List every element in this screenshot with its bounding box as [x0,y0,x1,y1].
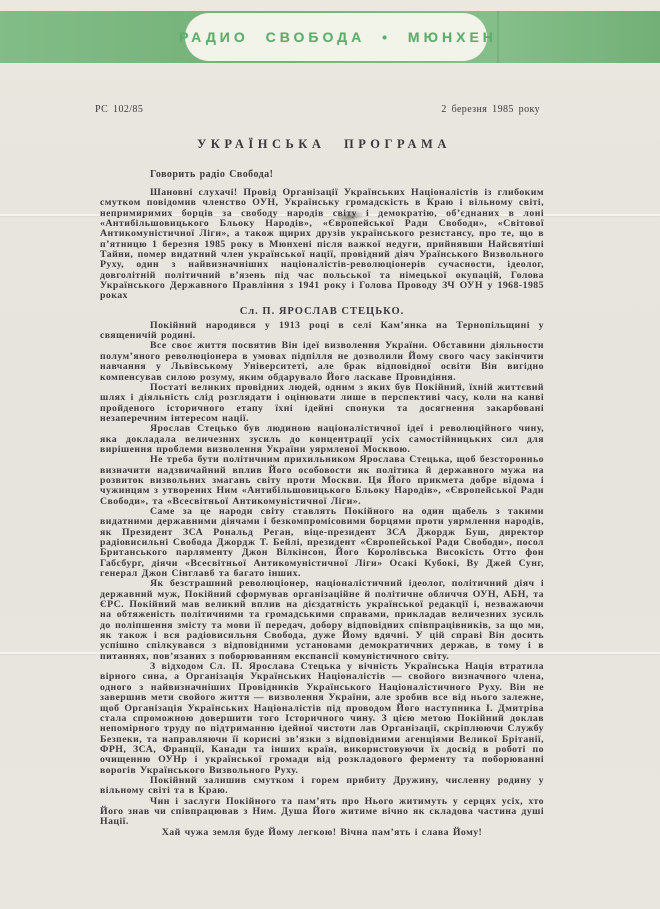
deceased-name-line: Сл. П. ЯРОСЛАВ СТЕЦЬКО. [100,306,544,317]
document-date: 2 березня 1985 року [441,104,540,115]
closing-line: Хай чужа земля буде Йому легкою! Вічна п… [100,828,544,838]
body-paragraph: З відходом Сл. П. Ярослава Стецька у віч… [100,662,544,776]
document-page: РАДИО СВОБОДА • МЮНХЕН РС 102/85 2 берез… [0,0,660,909]
body-paragraph: Ярослав Стецько був людиною націоналісти… [100,424,544,455]
body-paragraph: Як безстрашний революціонер, націоналіст… [100,579,544,662]
body-paragraph: Шановні слухачі! Провід Організації Укра… [100,188,544,302]
reference-number: РС 102/85 [95,104,143,115]
radio-station-banner-text: РАДИО СВОБОДА • МЮНХЕН [175,29,497,45]
masthead-band: РАДИО СВОБОДА • МЮНХЕН [0,11,660,63]
document-body: РС 102/85 2 березня 1985 року УКРАЇНСЬКА… [100,104,544,838]
fold-crease-vertical [497,11,499,63]
document-meta-row: РС 102/85 2 березня 1985 року [95,104,540,115]
body-paragraph: Не треба бути політичним прихильником Яр… [100,455,544,507]
body-paragraph: Все своє життя посвятив Він ідеї визволе… [100,341,544,382]
greeting-line: Говорить радіо Свобода! [100,169,544,180]
body-paragraph: Саме за це народи світу ставлять Покійно… [100,507,544,579]
body-paragraph: Чин і заслуги Покійного та пам’ять про Н… [100,797,544,828]
body-paragraph: Покійний народився у 1913 році в селі Ка… [100,321,544,342]
program-title: УКРАЇНСЬКА ПРОГРАМА [100,137,544,152]
body-paragraph: Покійний залишив смутком і горем прибиту… [100,776,544,797]
masthead-pill: РАДИО СВОБОДА • МЮНХЕН [185,13,487,61]
body-paragraph: Постаті великих провідних людей, одним з… [100,383,544,424]
